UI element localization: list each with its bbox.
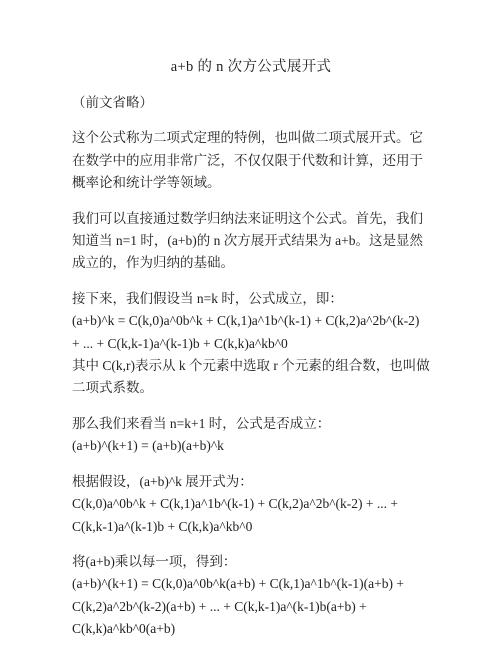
paragraph-induction-base: 我们可以直接通过数学归纳法来证明这个公式。首先，我们知道当 n=1 时，(a+b… xyxy=(72,208,430,275)
paragraph-inductive-step: 那么我们来看当 n=k+1 时，公式是否成立： (a+b)^(k+1) = (a… xyxy=(72,413,430,458)
paragraph-hypothesis-formula: 接下来，我们假设当 n=k 时，公式成立，即： (a+b)^k = C(k,0)… xyxy=(72,288,430,400)
omission-note: （前文省略） xyxy=(72,92,430,114)
paragraph-intro: 这个公式称为二项式定理的特例，也叫做二项式展开式。它在数学中的应用非常广泛，不仅… xyxy=(72,127,430,194)
page-title: a+b 的 n 次方公式展开式 xyxy=(72,56,430,78)
paragraph-multiply-each-term: 将(a+b)乘以每一项，得到： (a+b)^(k+1) = C(k,0)a^0b… xyxy=(72,551,430,641)
document-page: a+b 的 n 次方公式展开式 （前文省略） 这个公式称为二项式定理的特例，也叫… xyxy=(0,0,500,647)
paragraph-expansion-by-hypothesis: 根据假设，(a+b)^k 展开式为： C(k,0)a^0b^k + C(k,1)… xyxy=(72,471,430,538)
